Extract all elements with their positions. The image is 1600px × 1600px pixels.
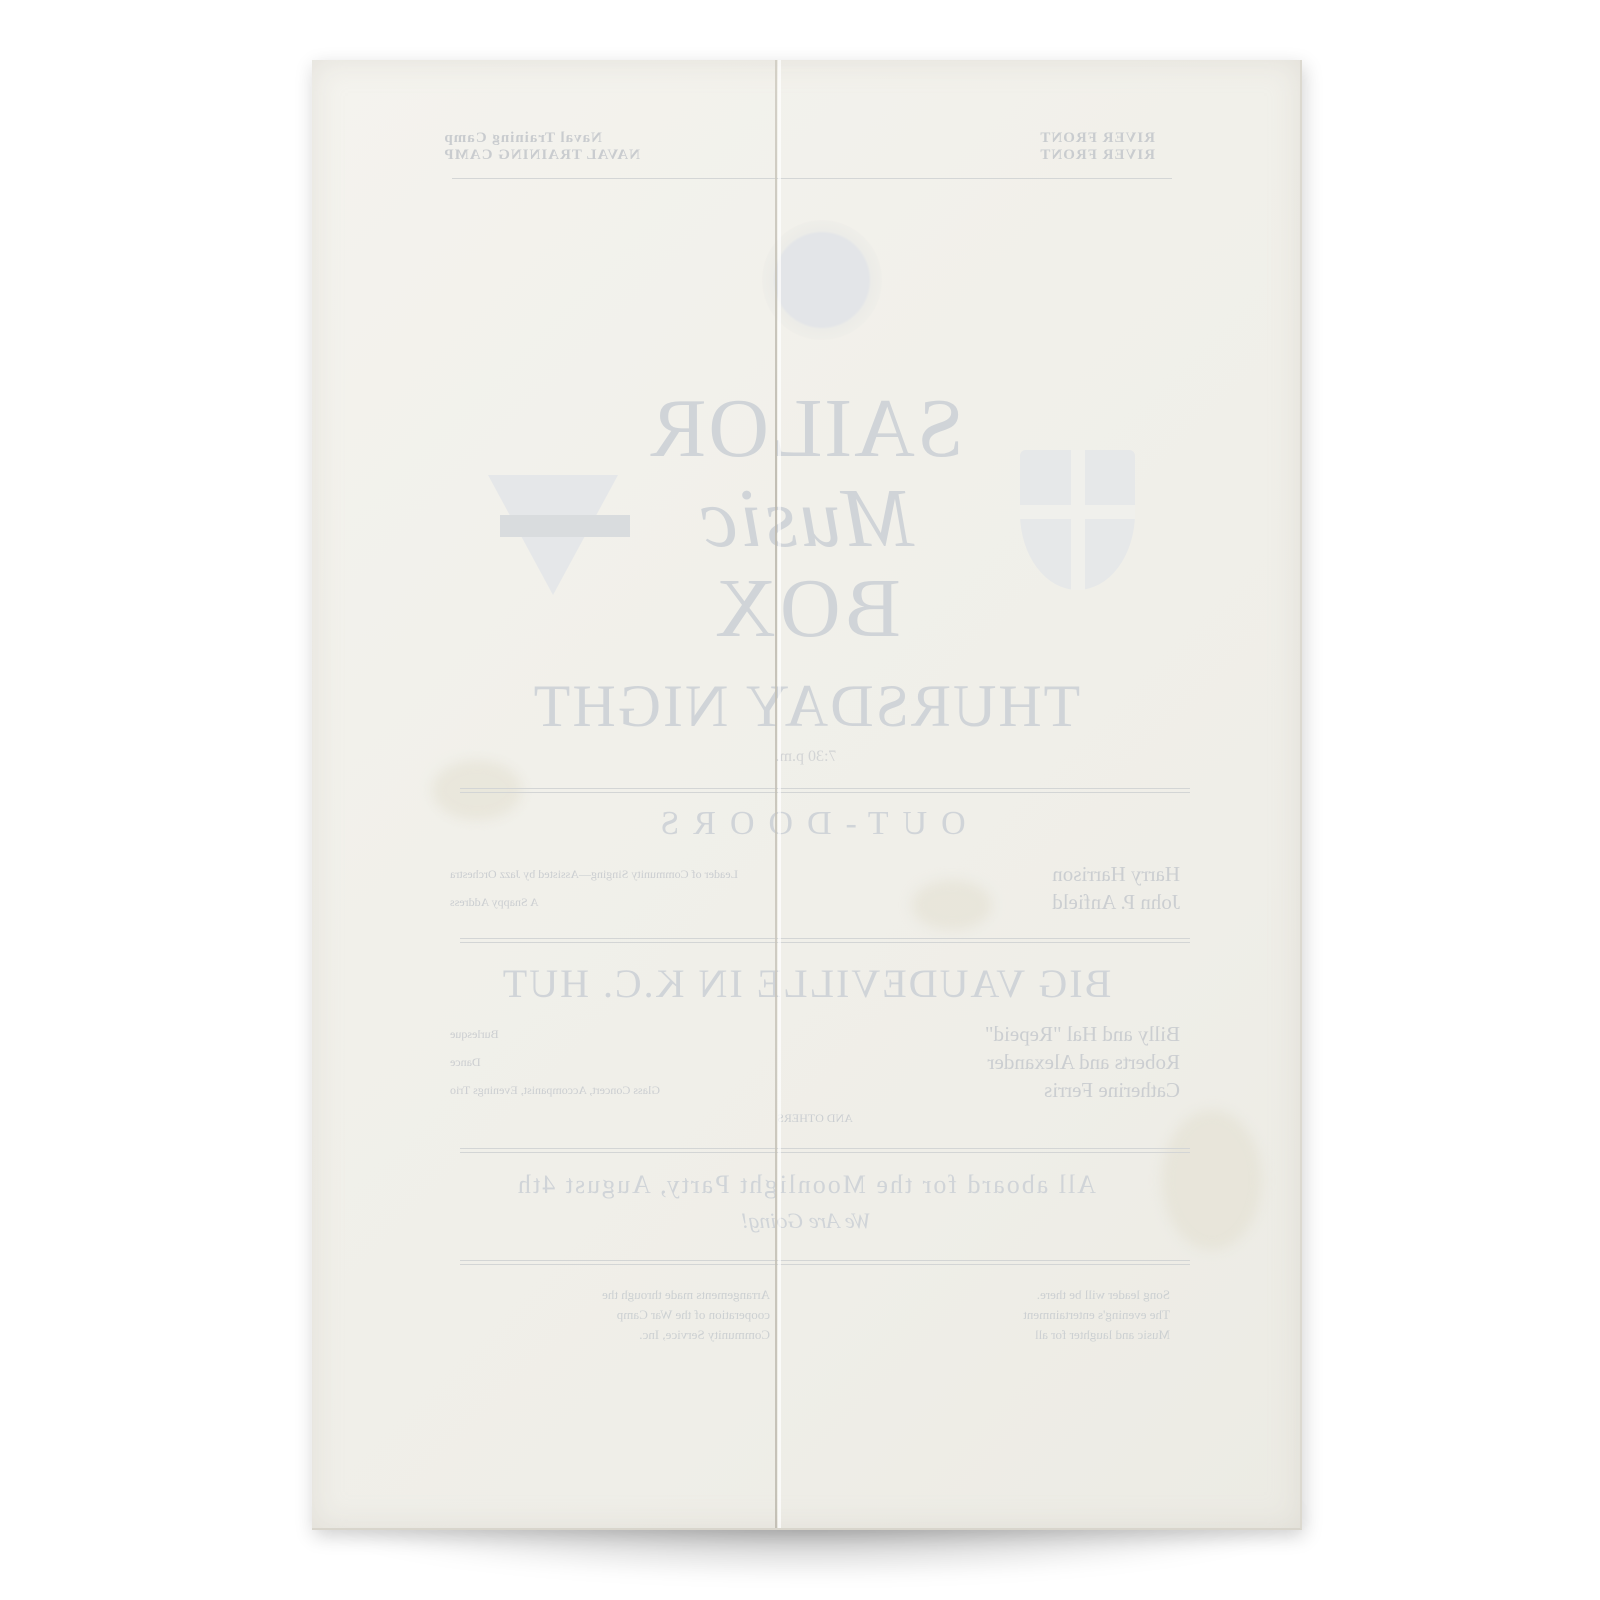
program-row: Billy and Hal "Repeid" Burlesque: [450, 1020, 1180, 1048]
announcement-line-1: All aboard for the Moonlight Party, Augu…: [312, 1170, 1300, 1200]
title-line-1: SAILOR: [312, 380, 1300, 477]
vaudeville-program: Billy and Hal "Repeid" Burlesque Roberts…: [450, 1020, 1180, 1132]
fold-crease: [775, 60, 777, 1528]
program-row: Harry Harrison Leader of Community Singi…: [450, 860, 1180, 888]
header-right: Naval Training Camp NAVAL TRAINING CAMP: [443, 130, 640, 164]
divider: [460, 1148, 1190, 1153]
program-row: AND OTHERS: [450, 1104, 1180, 1132]
footer-left: Song leader will be there. The evening's…: [1023, 1285, 1170, 1345]
program-row: Roberts and Alexander Dance: [450, 1048, 1180, 1076]
outdoors-program: Harry Harrison Leader of Community Singi…: [450, 860, 1180, 916]
header-left: RIVER FRONT RIVER FRONT: [1039, 130, 1155, 164]
program-row: John P. Anfield A Snappy Address: [450, 888, 1180, 916]
divider: [460, 1260, 1190, 1265]
announcement-line-2: We Are Going!: [312, 1208, 1300, 1234]
flyer-paper: RIVER FRONT RIVER FRONT Naval Training C…: [312, 60, 1302, 1530]
divider: [460, 938, 1190, 943]
title-line-2: Music: [312, 470, 1300, 567]
fold-highlight: [778, 60, 781, 1528]
divider: [460, 788, 1190, 793]
show-through-layer: RIVER FRONT RIVER FRONT Naval Training C…: [312, 60, 1300, 1528]
event-time: 7:30 p.m.: [312, 748, 1300, 766]
vaudeville-heading: BIG VAUDEVILLE IN K.C. HUT: [312, 960, 1300, 1007]
subtitle: THURSDAY NIGHT: [312, 672, 1300, 741]
title-line-3: BOX: [312, 560, 1300, 657]
header-rule: [452, 178, 1172, 179]
outdoors-heading: OUT-DOORS: [312, 805, 1300, 843]
program-row: Catherine Ferris Glass Concert, Accompan…: [450, 1076, 1180, 1104]
footer-right: Arrangements made through the cooperatio…: [602, 1285, 770, 1345]
